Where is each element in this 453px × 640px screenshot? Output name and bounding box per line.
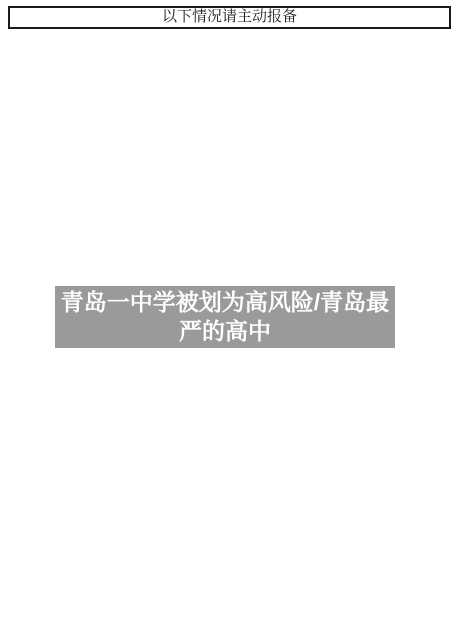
overlay-title-line2: 严的高中 (179, 317, 271, 346)
table-title: 以下情况请主动报备 (9, 7, 450, 28)
table-header-row: 以下情况请主动报备 (9, 7, 450, 28)
overlay-banner: 青岛一中学被划为高风险/青岛最 严的高中 (55, 286, 395, 348)
overlay-title-line1: 青岛一中学被划为高风险/青岛最 (61, 288, 389, 317)
report-table: 以下情况请主动报备 (8, 6, 451, 29)
